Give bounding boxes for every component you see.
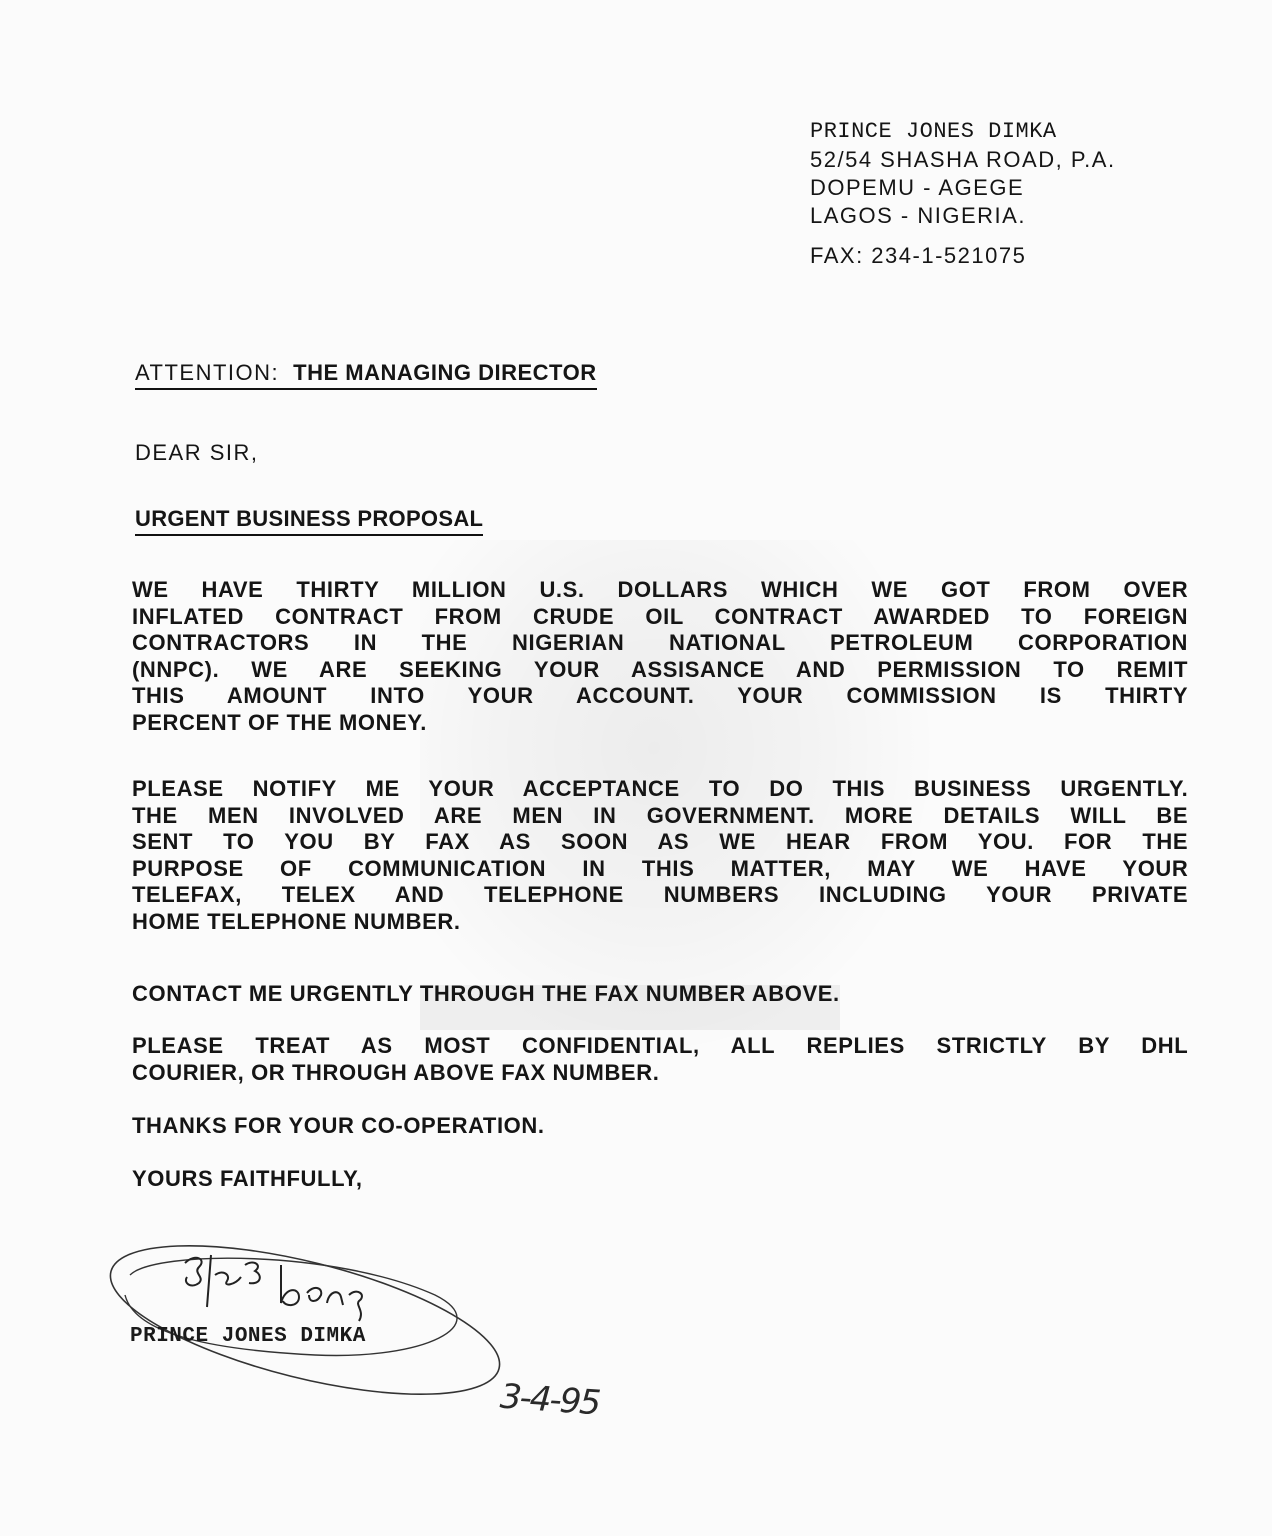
text-line: (NNPC). WE ARE SEEKING YOUR ASSISANCE AN… [132, 657, 1188, 684]
text-line: HOME TELEPHONE NUMBER. [132, 909, 1188, 936]
salutation: DEAR SIR, [135, 440, 259, 466]
text-line: INFLATED CONTRACT FROM CRUDE OIL CONTRAC… [132, 604, 1188, 631]
attention-recipient: THE MANAGING DIRECTOR [293, 360, 596, 385]
sender-address-line: DOPEMU - AGEGE [810, 174, 1116, 202]
sender-fax: FAX: 234-1-521075 [810, 242, 1116, 270]
attention-line: ATTENTION:THE MANAGING DIRECTOR [135, 360, 597, 390]
sender-address-line: 52/54 SHASHA ROAD, P.A. [810, 146, 1116, 174]
text-line: SENT TO YOU BY FAX AS SOON AS WE HEAR FR… [132, 829, 1188, 856]
subject-heading: URGENT BUSINESS PROPOSAL [135, 506, 483, 536]
text-line: WE HAVE THIRTY MILLION U.S. DOLLARS WHIC… [132, 577, 1188, 604]
attention-label: ATTENTION: [135, 360, 279, 385]
text-line: PLEASE NOTIFY ME YOUR ACCEPTANCE TO DO T… [132, 776, 1188, 803]
text-line: CONTRACTORS IN THE NIGERIAN NATIONAL PET… [132, 630, 1188, 657]
text-line: PURPOSE OF COMMUNICATION IN THIS MATTER,… [132, 856, 1188, 883]
text-line: TELEFAX, TELEX AND TELEPHONE NUMBERS INC… [132, 882, 1188, 909]
text-line: YOURS FAITHFULLY, [132, 1166, 1188, 1193]
text-line: THE MEN INVOLVED ARE MEN IN GOVERNMENT. … [132, 803, 1188, 830]
signatory-name: PRINCE JONES DIMKA [130, 1325, 366, 1348]
text-line: COURIER, OR THROUGH ABOVE FAX NUMBER. [132, 1060, 1188, 1087]
text-line: THIS AMOUNT INTO YOUR ACCOUNT. YOUR COMM… [132, 683, 1188, 710]
text-line: THANKS FOR YOUR CO-OPERATION. [132, 1113, 1188, 1140]
signature-block: PRINCE JONES DIMKA [95, 1225, 695, 1445]
body-paragraph: PLEASE NOTIFY ME YOUR ACCEPTANCE TO DO T… [132, 776, 1188, 935]
body-paragraph: CONTACT ME URGENTLY THROUGH THE FAX NUMB… [132, 981, 1188, 1008]
closing-thanks: THANKS FOR YOUR CO-OPERATION. [132, 1113, 1188, 1140]
text-line: PLEASE TREAT AS MOST CONFIDENTIAL, ALL R… [132, 1033, 1188, 1060]
handwritten-date: 3-4-95 [499, 1377, 601, 1424]
text-line: PERCENT OF THE MONEY. [132, 710, 1188, 737]
sender-address-line: LAGOS - NIGERIA. [810, 202, 1116, 230]
text-line: CONTACT ME URGENTLY THROUGH THE FAX NUMB… [132, 981, 1188, 1008]
fax-letter-page: PRINCE JONES DIMKA 52/54 SHASHA ROAD, P.… [0, 0, 1272, 1536]
sender-name: PRINCE JONES DIMKA [810, 118, 1116, 146]
body-paragraph: WE HAVE THIRTY MILLION U.S. DOLLARS WHIC… [132, 577, 1188, 736]
sender-address-block: PRINCE JONES DIMKA 52/54 SHASHA ROAD, P.… [810, 118, 1116, 270]
closing-valediction: YOURS FAITHFULLY, [132, 1166, 1188, 1193]
body-paragraph: PLEASE TREAT AS MOST CONFIDENTIAL, ALL R… [132, 1033, 1188, 1086]
